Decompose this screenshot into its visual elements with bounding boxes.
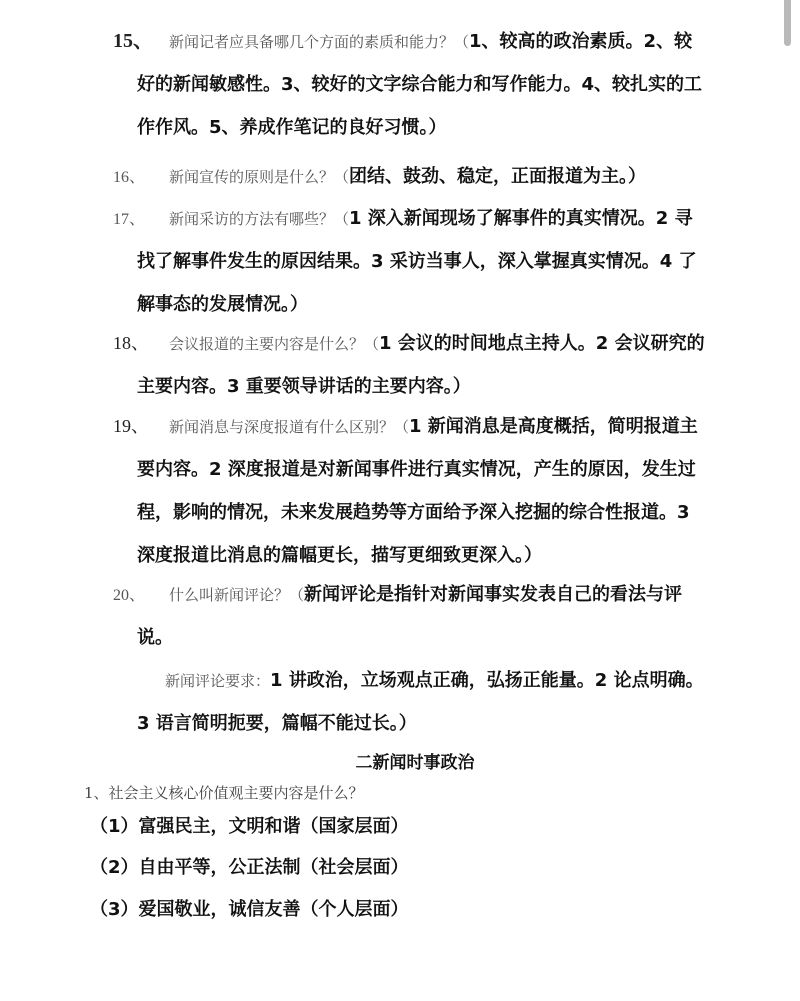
answer-text: 解事态的发展情况。） [137,294,308,315]
question-line: 16、新闻宣传的原则是什么？（团结、鼓劲、稳定，正面报道为主。） [113,155,723,198]
answer-text: 深度报道比消息的篇幅更长，描写更细致更深入。） [137,545,542,566]
question-number: 16、 [113,156,169,199]
question-number: 19、 [113,405,169,448]
question-17: 17、新闻采访的方法有哪些？（1 深入新闻现场了解事件的真实情况。2 寻 找了解… [113,197,723,326]
answer-line: 作作风。5、养成作笔记的良好习惯。） [113,106,723,149]
answer-text: 团结、鼓劲、稳定，正面报道为主。） [349,166,646,187]
question-number: 17、 [113,198,169,241]
question-number: 18、 [113,322,169,365]
answer-line: 说。 [113,616,723,659]
vertical-scrollbar[interactable] [784,0,791,46]
answer-text: 1、较高的政治素质。2、较 [469,31,692,52]
requirement-line: 新闻评论要求：1 讲政治，立场观点正确，弘扬正能量。2 论点明确。 [113,659,723,702]
answer-text: 作作风。5、养成作笔记的良好习惯。） [137,117,447,138]
value-item-personal: （3）爱国敬业，诚信友善（个人层面） [90,895,409,921]
answer-text: 程，影响的情况，未来发展趋势等方面给予深入挖掘的综合性报道。3 [137,502,690,523]
question-19: 19、新闻消息与深度报道有什么区别？（1 新闻消息是高度概括，简明报道主 要内容… [113,405,723,577]
answer-line: 程，影响的情况，未来发展趋势等方面给予深入挖掘的综合性报道。3 [113,491,723,534]
question-line: 17、新闻采访的方法有哪些？（1 深入新闻现场了解事件的真实情况。2 寻 [113,197,723,240]
answer-text: 1 深入新闻现场了解事件的真实情况。2 寻 [349,208,693,229]
answer-text: 好的新闻敏感性。3、较好的文字综合能力和写作能力。4、较扎实的工 [137,74,702,95]
answer-text: 说。 [137,627,173,648]
section2-question: 1、社会主义核心价值观主要内容是什么？ [84,782,364,803]
requirement-label: 新闻评论要求： [165,672,270,690]
answer-line: 要内容。2 深度报道是对新闻事件进行真实情况，产生的原因，发生过 [113,448,723,491]
value-item-national: （1）富强民主，文明和谐（国家层面） [90,812,409,838]
question-text: 新闻消息与深度报道有什么区别？（ [169,418,409,436]
value-item-social: （2）自由平等，公正法制（社会层面） [90,853,409,879]
question-18: 18、会议报道的主要内容是什么？（1 会议的时间地点主持人。2 会议研究的 主要… [113,322,723,408]
question-text: 会议报道的主要内容是什么？（ [169,335,379,353]
answer-line: 找了解事件发生的原因结果。3 采访当事人，深入掌握真实情况。4 了 [113,240,723,283]
requirement-text: 1 讲政治，立场观点正确，弘扬正能量。2 论点明确。 [270,670,704,691]
requirement-line: 3 语言简明扼要，篇幅不能过长。） [113,702,723,745]
answer-text: 找了解事件发生的原因结果。3 采访当事人，深入掌握真实情况。4 了 [137,251,697,272]
question-text: 什么叫新闻评论？（ [169,586,304,604]
question-number: 15、 [113,20,169,63]
question-16: 16、新闻宣传的原则是什么？（团结、鼓劲、稳定，正面报道为主。） [113,155,723,198]
document-page: 15、新闻记者应具备哪几个方面的素质和能力？（1、较高的政治素质。2、较 好的新… [0,0,800,1001]
answer-text: 主要内容。3 重要领导讲话的主要内容。） [137,376,471,397]
answer-line: 解事态的发展情况。） [113,283,723,326]
answer-text: 1 会议的时间地点主持人。2 会议研究的 [379,333,705,354]
answer-text: 要内容。2 深度报道是对新闻事件进行真实情况，产生的原因，发生过 [137,459,696,480]
answer-line: 深度报道比消息的篇幅更长，描写更细致更深入。） [113,534,723,577]
answer-text: 1 新闻消息是高度概括，简明报道主 [409,416,698,437]
question-line: 20、什么叫新闻评论？（新闻评论是指针对新闻事实发表自己的看法与评 [113,573,723,616]
question-15: 15、新闻记者应具备哪几个方面的素质和能力？（1、较高的政治素质。2、较 好的新… [113,20,723,149]
requirement-text: 3 语言简明扼要，篇幅不能过长。） [137,713,417,734]
answer-line: 主要内容。3 重要领导讲话的主要内容。） [113,365,723,408]
answer-text: 新闻评论是指针对新闻事实发表自己的看法与评 [304,584,682,605]
question-line: 18、会议报道的主要内容是什么？（1 会议的时间地点主持人。2 会议研究的 [113,322,723,365]
answer-line: 好的新闻敏感性。3、较好的文字综合能力和写作能力。4、较扎实的工 [113,63,723,106]
question-text: 新闻记者应具备哪几个方面的素质和能力？（ [169,33,469,51]
section-heading: 二新闻时事政治 [0,748,800,773]
question-line: 15、新闻记者应具备哪几个方面的素质和能力？（1、较高的政治素质。2、较 [113,20,723,63]
question-number: 20、 [113,574,169,617]
question-line: 19、新闻消息与深度报道有什么区别？（1 新闻消息是高度概括，简明报道主 [113,405,723,448]
question-text: 新闻宣传的原则是什么？（ [169,168,349,186]
question-20: 20、什么叫新闻评论？（新闻评论是指针对新闻事实发表自己的看法与评 说。 新闻评… [113,573,723,745]
question-text: 新闻采访的方法有哪些？（ [169,210,349,228]
